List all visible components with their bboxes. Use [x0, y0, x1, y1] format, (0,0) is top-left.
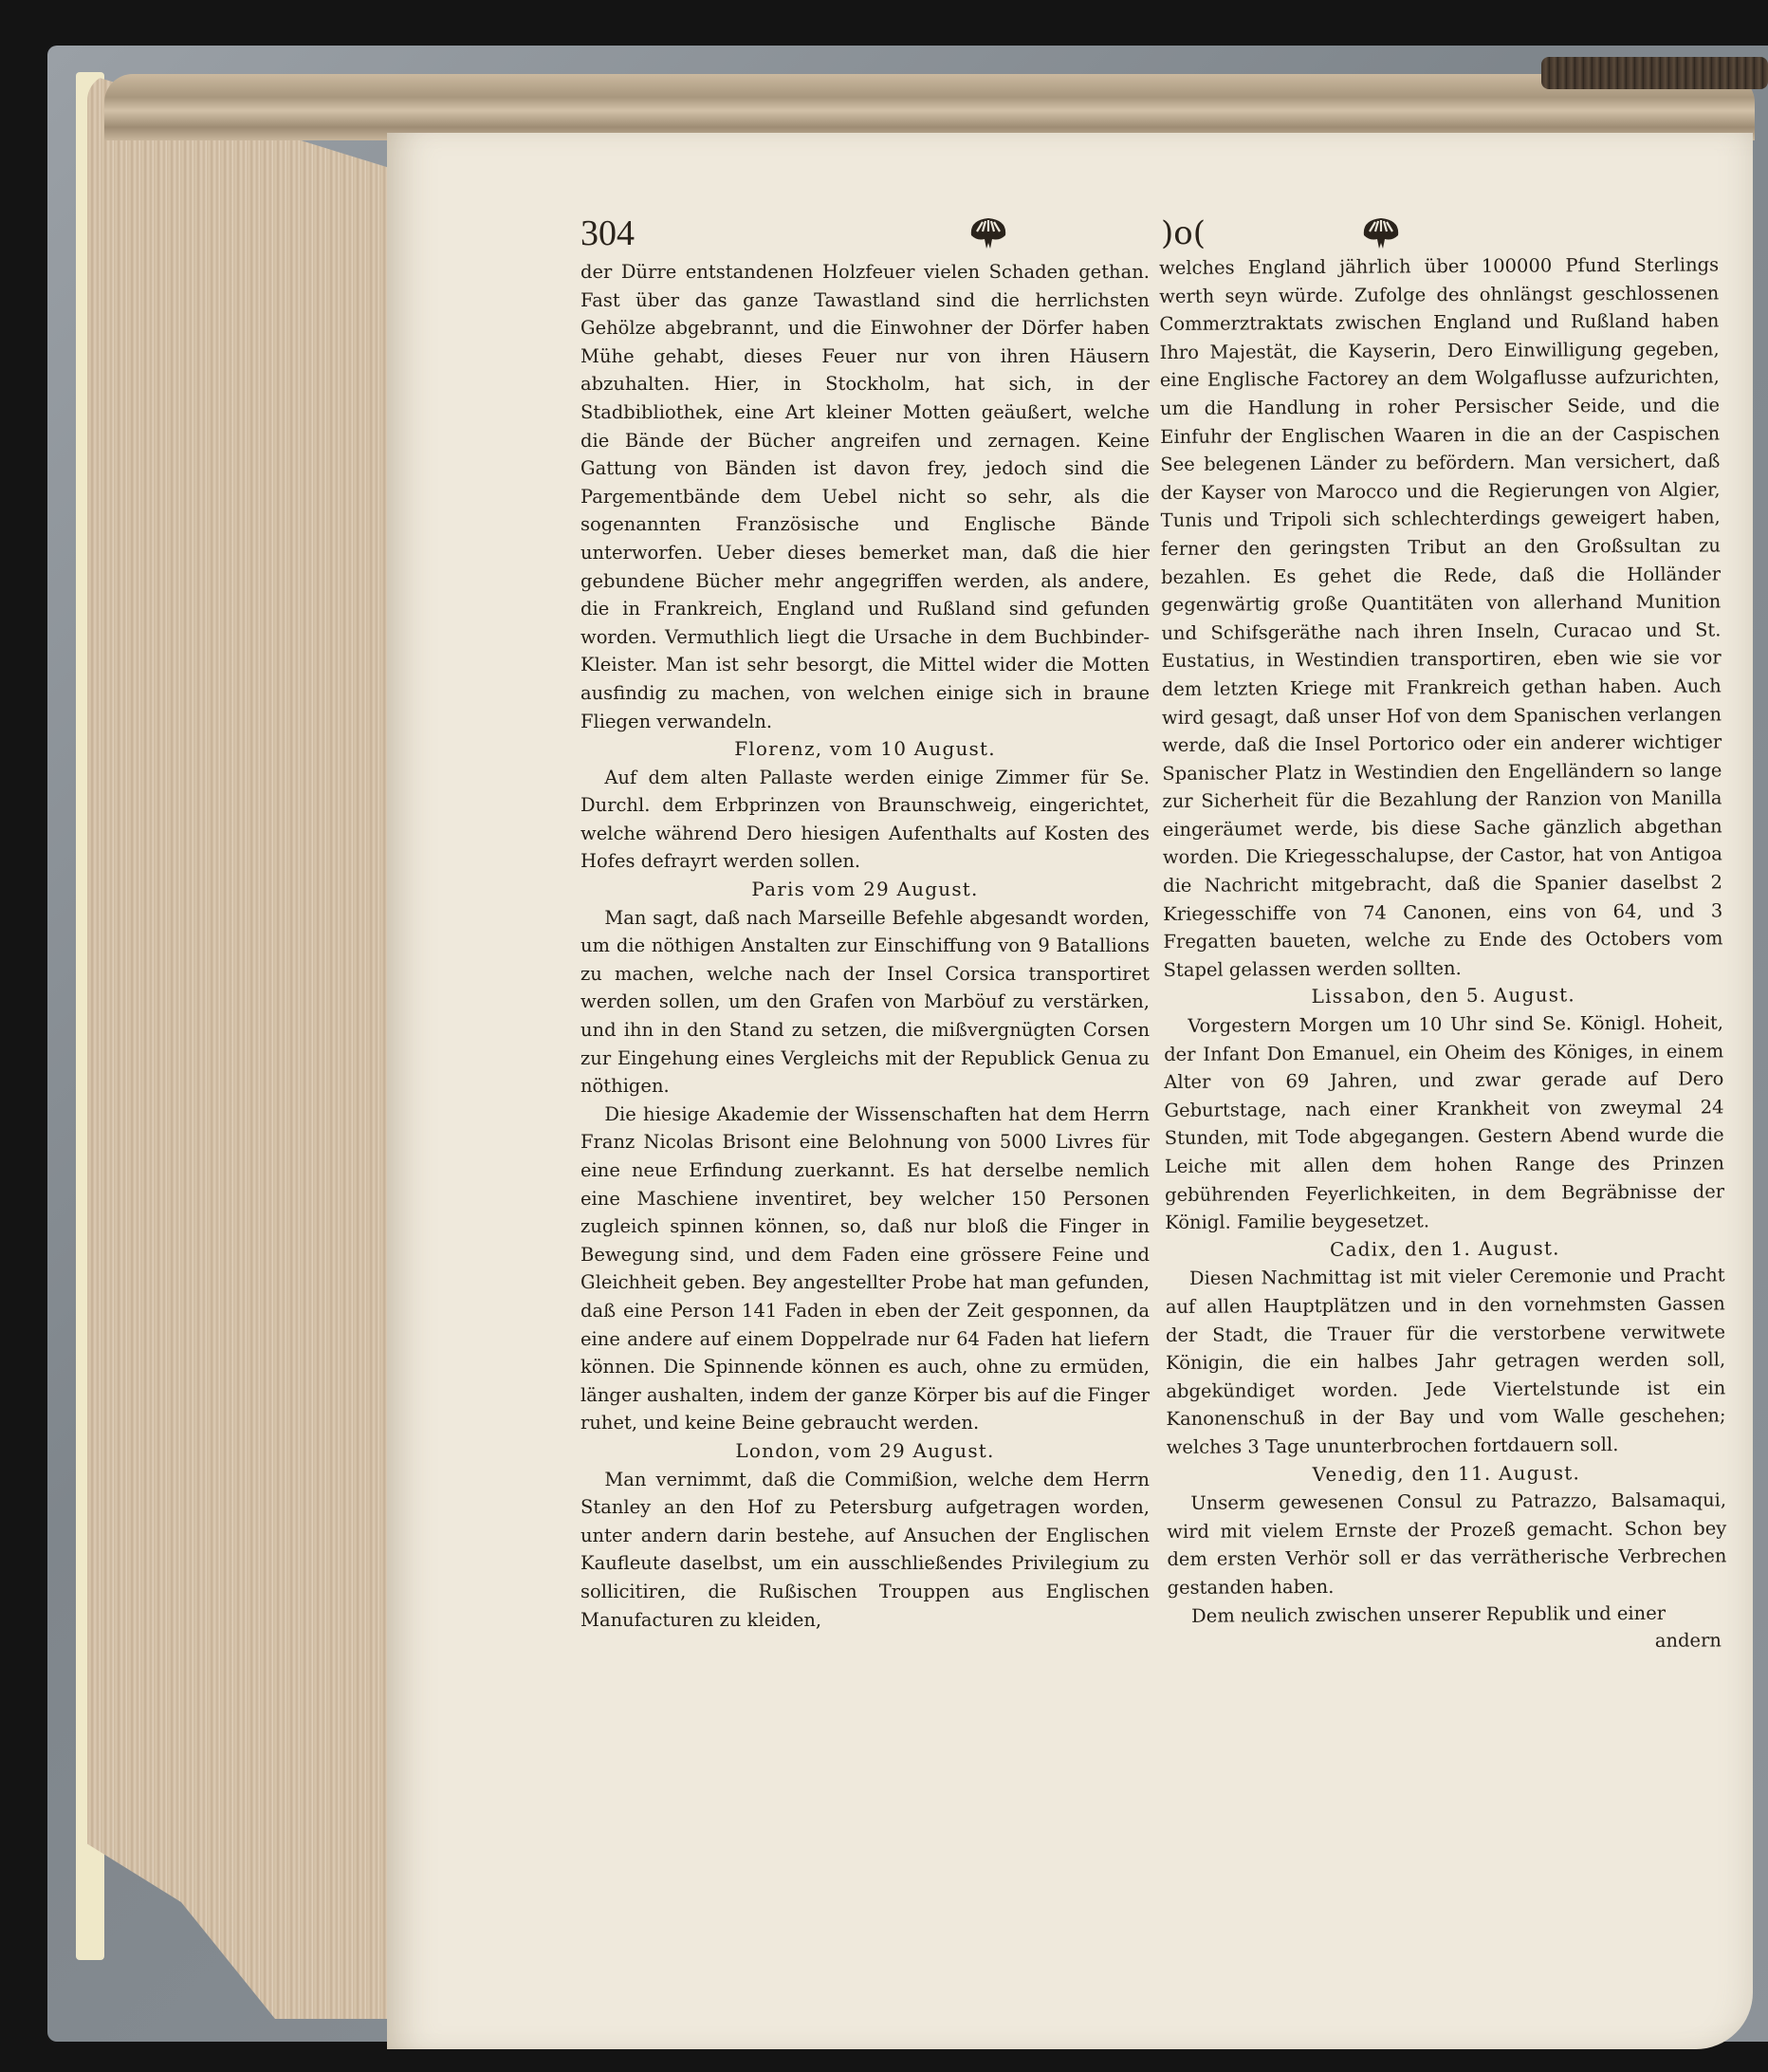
book-top-edge [104, 74, 1755, 140]
right-column: welches England jährlich über 100000 Pfu… [1159, 250, 1727, 1657]
article-london-continued: welches England jährlich über 100000 Pfu… [1159, 250, 1723, 984]
article-paris-akademie: Die hiesige Akademie der Wissenschaften … [580, 1101, 1150, 1437]
headband [1541, 57, 1768, 89]
shell-ornament-icon [967, 214, 1009, 261]
dateline-london: London, vom 29 August. [580, 1437, 1150, 1466]
dateline-florenz: Florenz, vom 10 August. [580, 735, 1150, 764]
dateline-venedig: Venedig, den 11. August. [1167, 1458, 1726, 1489]
left-column: der Dürre entstandenen Holzfeuer vielen … [580, 258, 1150, 1634]
article-stockholm-continued: der Dürre entstandenen Holzfeuer vielen … [580, 258, 1150, 735]
dateline-cadix: Cadix, den 1. August. [1165, 1233, 1724, 1265]
dateline-lissabon: Lissabon, den 5. August. [1164, 981, 1723, 1012]
article-florenz: Auf dem alten Pallaste werden einige Zim… [580, 764, 1150, 876]
article-lissabon: Vorgestern Morgen um 10 Uhr sind Se. Kön… [1164, 1008, 1724, 1236]
page-number: 304 [580, 213, 635, 254]
article-london: Man vernimmt, daß die Commißion, welche … [580, 1466, 1150, 1635]
dateline-paris: Paris vom 29 August. [580, 876, 1150, 904]
catchword: andern [1168, 1626, 1727, 1657]
article-venedig-consul: Unserm gewesenen Consul zu Patrazzo, Bal… [1167, 1486, 1727, 1601]
article-cadix: Diesen Nachmittag ist mit vieler Ceremon… [1166, 1262, 1726, 1462]
divider-ornament: )o( [1161, 214, 1206, 252]
article-venedig-republik: Dem neulich zwischen unserer Republik un… [1168, 1599, 1727, 1630]
page-edges-stack [87, 74, 400, 2019]
article-paris-corsica: Man sagt, daß nach Marseille Befehle abg… [580, 904, 1150, 1101]
